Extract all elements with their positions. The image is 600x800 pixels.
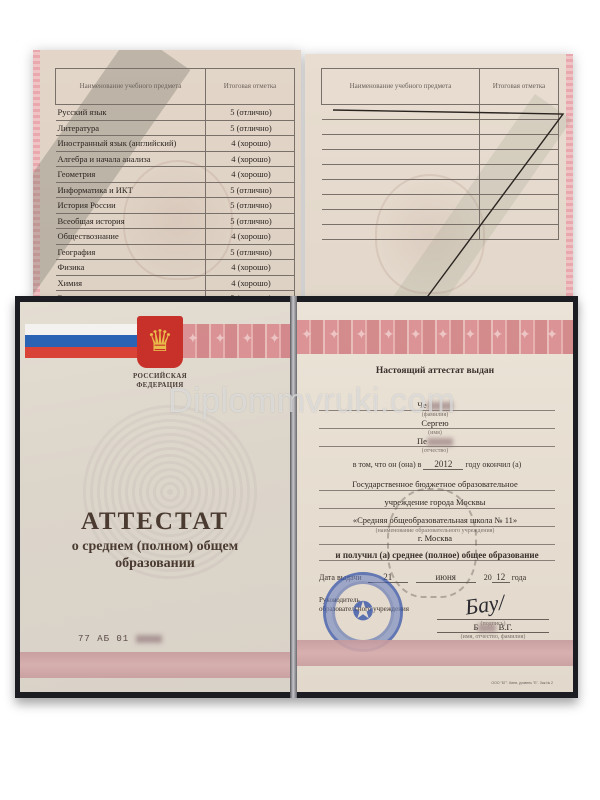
ornament-band <box>297 320 573 354</box>
subject-cell <box>322 180 480 195</box>
empty-table-row <box>322 165 559 180</box>
certificate-title-page: ♛ РОССИЙСКАЯ ФЕДЕРАЦИЯ АТТЕСТАТ о средне… <box>20 302 290 692</box>
mark-cell <box>480 135 559 150</box>
subject-cell: Русский язык <box>56 105 206 121</box>
director-name: Б В.Г. <box>437 622 549 632</box>
education-received-text: и получил (а) среднее (полное) общее обр… <box>319 550 555 560</box>
empty-grades-table: Наименование учебного предмета Итоговая … <box>321 68 559 240</box>
column-header-mark: Итоговая отметка <box>480 69 559 105</box>
subject-cell: Иностранный язык (английский) <box>56 136 206 152</box>
mark-cell: 4 (хорошо) <box>206 229 295 245</box>
subject-cell <box>322 165 480 180</box>
redacted-block <box>136 635 162 643</box>
empty-table-row <box>322 105 559 120</box>
certificate-cover: ♛ РОССИЙСКАЯ ФЕДЕРАЦИЯ АТТЕСТАТ о средне… <box>15 296 578 698</box>
site-watermark: Diplommvruki.com <box>168 382 456 421</box>
graduation-year: 2012 <box>423 459 463 470</box>
patronymic-text: Пе <box>417 436 427 446</box>
subject-cell: Физика <box>56 260 206 276</box>
date-month: июня <box>416 572 476 583</box>
year-prefix: в том, что он (она) в <box>353 460 422 469</box>
ornament-band <box>183 324 290 358</box>
column-header-mark: Итоговая отметка <box>206 69 295 105</box>
grades-spread: Наименование учебного предмета Итоговая … <box>33 50 573 310</box>
mark-cell: 4 (хорошо) <box>206 167 295 183</box>
subject-cell: Алгебра и начала анализа <box>56 151 206 167</box>
year-suffix: году окончил (а) <box>465 460 521 469</box>
redacted-block <box>478 624 496 632</box>
subject-cell: Информатика и ИКТ <box>56 182 206 198</box>
patronymic-field: Пе <box>297 436 573 446</box>
first-name-line <box>319 428 555 429</box>
table-row: Иностранный язык (английский)4 (хорошо) <box>56 136 295 152</box>
column-header-subject: Наименование учебного предмета <box>56 69 206 105</box>
mark-cell <box>480 195 559 210</box>
mark-cell: 5 (отлично) <box>206 198 295 214</box>
graduation-year-row: в том, что он (она) в 2012 году окончил … <box>319 459 555 470</box>
issued-to-heading: Настоящий аттестат выдан <box>297 366 573 376</box>
table-row: История России5 (отлично) <box>56 198 295 214</box>
mark-cell <box>480 210 559 225</box>
director-signature: Бау/ <box>463 589 506 620</box>
patronymic-caption: (отчество) <box>297 448 573 454</box>
subject-cell <box>322 210 480 225</box>
empty-table-row <box>322 225 559 240</box>
subject-cell: Всеобщая история <box>56 213 206 229</box>
grades-page-left: Наименование учебного предмета Итоговая … <box>33 50 301 310</box>
subject-cell: География <box>56 244 206 260</box>
subject-cell <box>322 225 480 240</box>
signature-line <box>437 619 549 620</box>
date-century: 20 <box>484 573 492 582</box>
serial-number: 77 АБ 01 <box>78 634 162 644</box>
subject-cell: Геометрия <box>56 167 206 183</box>
subject-cell <box>322 195 480 210</box>
certificate-details-page: Настоящий аттестат выдан Че (фамилия) Се… <box>297 302 573 692</box>
mark-cell <box>480 120 559 135</box>
table-row: Физика4 (хорошо) <box>56 260 295 276</box>
mark-cell: 5 (отлично) <box>206 105 295 121</box>
subject-cell <box>322 105 480 120</box>
binding-spine <box>290 296 297 698</box>
table-row: Обществознание4 (хорошо) <box>56 229 295 245</box>
mark-cell: 5 (отлично) <box>206 120 295 136</box>
date-year: 12 <box>492 572 510 583</box>
mark-cell: 5 (отлично) <box>206 244 295 260</box>
subject-cell <box>322 135 480 150</box>
mark-cell <box>480 165 559 180</box>
empty-table-row <box>322 180 559 195</box>
subject-cell: Литература <box>56 120 206 136</box>
subject-cell: История России <box>56 198 206 214</box>
table-row: Информатика и ИКТ5 (отлично) <box>56 182 295 198</box>
document-title: АТТЕСТАТ <box>20 508 290 536</box>
table-row: Химия4 (хорошо) <box>56 275 295 291</box>
subject-cell <box>322 150 480 165</box>
director-name-line <box>437 632 549 633</box>
empty-table-row <box>322 195 559 210</box>
table-row: Геометрия4 (хорошо) <box>56 167 295 183</box>
grades-table: Наименование учебного предмета Итоговая … <box>55 68 295 307</box>
empty-table-row <box>322 210 559 225</box>
pink-footer-band <box>20 652 290 678</box>
mark-cell <box>480 225 559 240</box>
subject-cell: Обществознание <box>56 229 206 245</box>
grades-page-right: Наименование учебного предмета Итоговая … <box>305 54 573 314</box>
table-row: Всеобщая история5 (отлично) <box>56 213 295 229</box>
empty-table-row <box>322 150 559 165</box>
mark-cell: 5 (отлично) <box>206 213 295 229</box>
empty-table-row <box>322 135 559 150</box>
table-row: Русский язык5 (отлично) <box>56 105 295 121</box>
subtitle-line-1: о среднем (полном) общем <box>20 538 290 555</box>
column-header-subject: Наименование учебного предмета <box>322 69 480 105</box>
table-row: Алгебра и начала анализа4 (хорошо) <box>56 151 295 167</box>
mark-cell: 4 (хорошо) <box>206 136 295 152</box>
document-subtitle: о среднем (полном) общем образовании <box>20 538 290 572</box>
mark-cell: 4 (хорошо) <box>206 151 295 167</box>
page-edge-ornament <box>566 54 573 314</box>
mark-cell: 5 (отлично) <box>206 182 295 198</box>
pink-footer-band <box>297 640 573 666</box>
date-suffix: года <box>512 573 526 582</box>
mark-cell: 4 (хорошо) <box>206 260 295 276</box>
mark-cell <box>480 105 559 120</box>
russian-flag-icon <box>25 324 140 358</box>
subject-cell <box>322 120 480 135</box>
mark-cell: 4 (хорошо) <box>206 275 295 291</box>
double-headed-eagle-icon: ♛ <box>137 316 183 368</box>
mark-cell <box>480 150 559 165</box>
empty-table-row <box>322 120 559 135</box>
subject-cell: Химия <box>56 275 206 291</box>
redacted-block <box>427 438 453 446</box>
patronymic-line <box>319 446 555 447</box>
director-initials: В.Г. <box>499 622 513 632</box>
table-row: Литература5 (отлично) <box>56 120 295 136</box>
table-row: География5 (отлично) <box>56 244 295 260</box>
mark-cell <box>480 180 559 195</box>
subtitle-line-2: образовании <box>20 555 290 572</box>
printer-imprint: ООО "БГ". Киев, уровень "Б". Зак.№ 2 <box>491 681 553 685</box>
serial-prefix: 77 АБ 01 <box>78 634 129 644</box>
